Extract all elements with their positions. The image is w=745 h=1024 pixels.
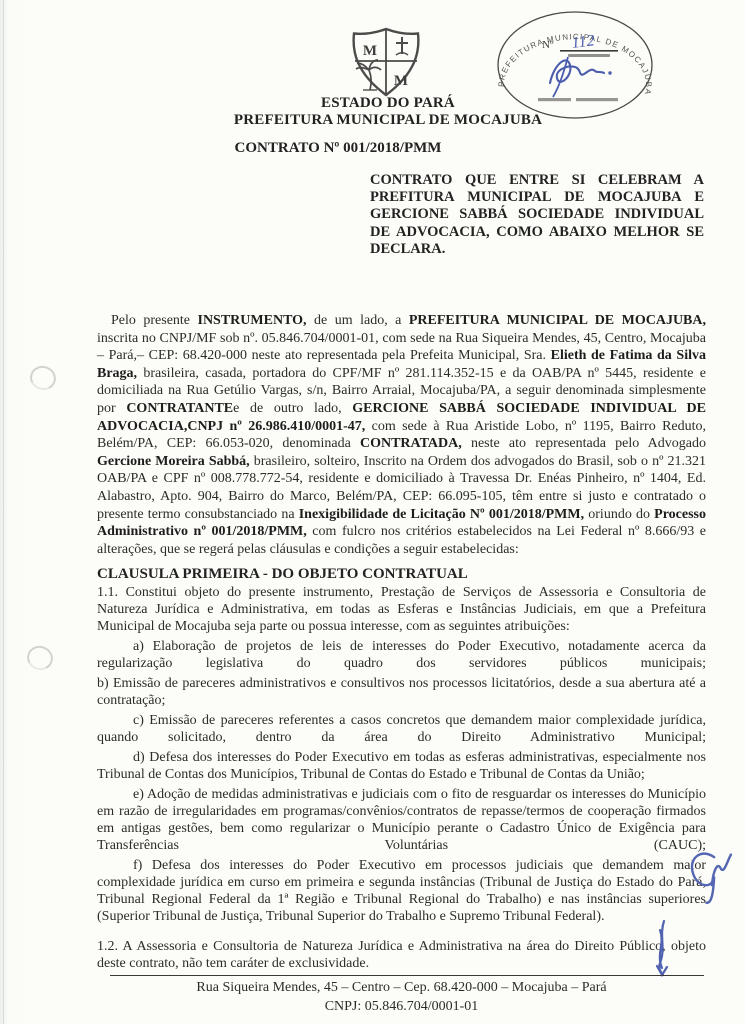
clause-item-1-1: 1.1. Constitui objeto do presente instru… [97, 584, 706, 635]
footer-address: Rua Siqueira Mendes, 45 – Centro – Cep. … [97, 980, 706, 996]
contract-epigraph: CONTRATO QUE ENTRE SI CELEBRAM A PREFITU… [370, 172, 704, 258]
crest-letter-br: M [394, 73, 408, 89]
footer-cnpj: CNPJ: 05.846.704/0001-01 [97, 999, 706, 1015]
punch-hole [24, 643, 56, 674]
scanned-contract-page: M M PREFEITURA MUNICIPAL DE MOCAJUBA Nº … [0, 0, 745, 1024]
clause-item-f: f) Defesa dos interesses do Poder Execut… [97, 857, 706, 925]
clause-item-b: b) Emissão de pareceres administrativos … [97, 675, 706, 709]
stamp-number-handwritten: 112 [571, 32, 596, 52]
clause-heading: CLAUSULA PRIMEIRA - DO OBJETO CONTRATUAL [97, 566, 706, 583]
stamp-signature [550, 60, 604, 83]
clause-item-1-2: 1.2. A Assessoria e Consultoria de Natur… [97, 938, 706, 972]
contract-title: CONTRATO Nº 001/2018/PMM [97, 140, 579, 157]
stamp-rule-line [560, 50, 618, 52]
clause-item-c: c) Emissão de pareceres referentes a cas… [97, 712, 706, 746]
handwritten-initials [683, 845, 741, 907]
signature-dot [608, 71, 611, 74]
stamp-microtext [568, 54, 610, 57]
municipal-crest-icon: M M [345, 25, 427, 99]
scan-edge-artifact [3, 0, 4, 1024]
crest-cross-icon [396, 37, 408, 55]
clause-item-d: d) Defesa dos interesses do Poder Execut… [97, 749, 706, 783]
letterhead: ESTADO DO PARÁ PREFEITURA MUNICIPAL DE M… [97, 95, 679, 128]
stamp-number-label: Nº [542, 39, 554, 51]
clause-item-a: a) Elaboração de projetos de leis de int… [97, 638, 706, 672]
clause-item-e: e) Adoção de medidas administrativas e j… [97, 786, 706, 854]
clause-first-section: CLAUSULA PRIMEIRA - DO OBJETO CONTRATUAL… [97, 566, 706, 972]
intro-paragraph: Pelo presente INSTRUMENTO, de um lado, a… [97, 312, 706, 558]
letterhead-municipality: PREFEITURA MUNICIPAL DE MOCAJUBA [97, 112, 679, 129]
footer-rule [110, 975, 704, 976]
pen-stroke-mark [648, 918, 676, 978]
crest-letter-tl: M [363, 43, 377, 59]
letterhead-state: ESTADO DO PARÁ [97, 95, 679, 112]
punch-hole [27, 363, 59, 394]
